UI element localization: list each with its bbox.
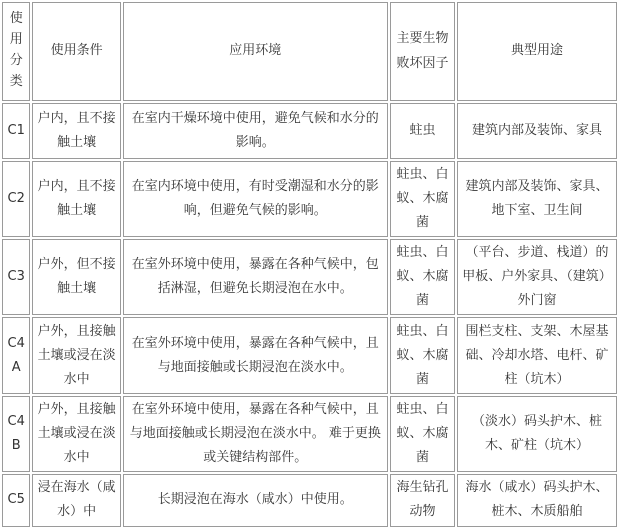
header-classification-label: 使用分类 [9,9,23,92]
header-environment-label: 应用环境 [229,43,281,58]
use-classification-table: 使用分类 使用条件 应用环境 主要生物败坏因子 典型用途 C1 户内，且不接触土… [0,0,619,528]
cell-agents: 蛀虫、白蚁、木腐菌 [390,317,455,394]
cell-condition: 浸在海水（咸水）中 [32,474,120,526]
table-row-c3: C3 户外，但不接触土壤 在室外环境中使用，暴露在各种气候中，包括淋湿，但避免长… [2,239,617,315]
cell-environment: 在室内环境中使用，有时受潮湿和水分的影响，但避免气候的影响。 [123,161,388,237]
cell-environment: 在室外环境中使用，暴露在各种气候中，包括淋湿，但避免长期浸泡在水中。 [123,239,388,315]
header-condition-label: 使用条件 [51,43,103,58]
header-cell-classification: 使用分类 [2,2,30,101]
cell-condition: 户外，但不接触土壤 [32,239,120,315]
table-row-c4b: C4B 户外，且接触土壤或浸在淡水中 在室外环境中使用，暴露在各种气候中，且与地… [2,396,617,472]
table-row-c5: C5 浸在海水（咸水）中 长期浸泡在海水（咸水）中使用。 海生钻孔动物 海水（咸… [2,474,617,526]
table-row-c4a: C4A 户外，且接触土壤或浸在淡水中 在室外环境中使用，暴露在各种气候中，且与地… [2,317,617,394]
cell-class-id: C3 [2,239,30,315]
cell-agents: 海生钻孔动物 [390,474,455,526]
cell-environment: 在室外环境中使用，暴露在各种气候中，且与地面接触或长期浸泡在淡水中。 [123,317,388,394]
cell-agents: 蛀虫、白蚁、木腐菌 [390,396,455,472]
cell-agents: 蛀虫、白蚁、木腐菌 [390,239,455,315]
cell-environment: 在室内干燥环境中使用，避免气候和水分的影响。 [123,103,388,159]
cell-agents: 蛀虫、白蚁、木腐菌 [390,161,455,237]
header-cell-uses: 典型用途 [457,2,617,101]
cell-class-id: C4A [2,317,30,394]
cell-condition: 户外，且接触土壤或浸在淡水中 [32,317,120,394]
header-agents-label: 主要生物败坏因子 [396,31,448,70]
header-cell-environment: 应用环境 [123,2,388,101]
table-header-row: 使用分类 使用条件 应用环境 主要生物败坏因子 典型用途 [2,2,617,101]
cell-uses: 建筑内部及装饰、家具、地下室、卫生间 [457,161,617,237]
cell-class-id: C5 [2,474,30,526]
header-cell-condition: 使用条件 [32,2,120,101]
header-cell-agents: 主要生物败坏因子 [390,2,455,101]
page: 使用分类 使用条件 应用环境 主要生物败坏因子 典型用途 C1 户内，且不接触土… [0,0,621,528]
cell-environment: 在室外环境中使用，暴露在各种气候中，且与地面接触或长期浸泡在淡水中。 难于更换或… [123,396,388,472]
cell-class-id: C2 [2,161,30,237]
cell-agents: 蛀虫 [390,103,455,159]
cell-uses: （平台、步道、栈道）的甲板、户外家具、（建筑）外门窗 [457,239,617,315]
cell-uses: 海水（咸水）码头护木、桩木、木质船舶 [457,474,617,526]
cell-uses: （淡水）码头护木、桩木、矿柱（坑木） [457,396,617,472]
table-row-c2: C2 户内，且不接触土壤 在室内环境中使用，有时受潮湿和水分的影响，但避免气候的… [2,161,617,237]
cell-condition: 户外，且接触土壤或浸在淡水中 [32,396,120,472]
cell-condition: 户内，且不接触土壤 [32,161,120,237]
header-uses-label: 典型用途 [511,43,563,58]
cell-uses: 围栏支柱、支架、木屋基础、冷却水塔、电杆、矿柱（坑木） [457,317,617,394]
cell-uses: 建筑内部及装饰、家具 [457,103,617,159]
cell-condition: 户内，且不接触土壤 [32,103,120,159]
table-row-c1: C1 户内，且不接触土壤 在室内干燥环境中使用，避免气候和水分的影响。 蛀虫 建… [2,103,617,159]
cell-class-id: C1 [2,103,30,159]
cell-environment: 长期浸泡在海水（咸水）中使用。 [123,474,388,526]
cell-class-id: C4B [2,396,30,472]
